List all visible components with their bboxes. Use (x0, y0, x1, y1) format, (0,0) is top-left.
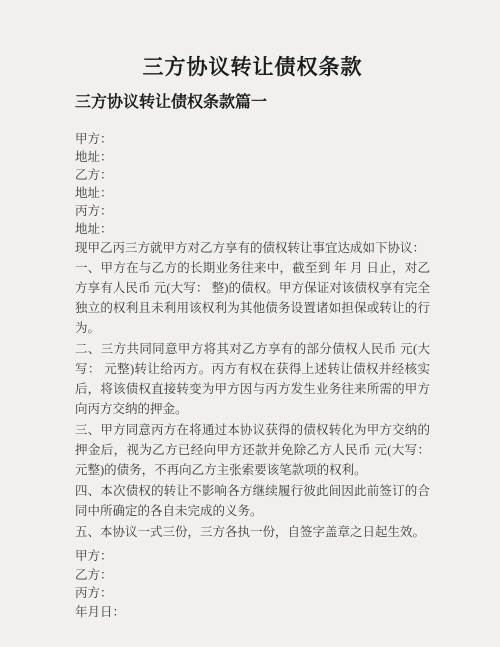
clause-1: 一、甲方在与乙方的长期业务往来中，截至到 年 月 日止，对乙方享有人民币 元(大… (75, 258, 430, 338)
document-page: 三方协议转让债权条款 三方协议转让债权条款篇一 甲方： 地址： 乙方： 地址： … (0, 0, 500, 647)
party-c-address-label: 地址： (75, 220, 430, 238)
clause-4: 四、本次债权的转让不影响各方继续履行彼此间因此前签订的合同中所确定的各自未完成的… (75, 481, 430, 521)
page-title: 三方协议转让债权条款 (75, 54, 430, 80)
party-a-label: 甲方： (75, 130, 430, 148)
clause-5: 五、本协议一式三份，三方各执一份，自签字盖章之日起生效。 (75, 522, 430, 542)
clause-3: 三、甲方同意丙方在将通过本协议获得的债权转化为甲方交纳的押金后，视为乙方已经向甲… (75, 420, 430, 480)
clause-2: 二、三方共同同意甲方将其对乙方享有的部分债权人民币 元(大写： 元整)转让给丙方… (75, 339, 430, 419)
signature-party-b-label: 乙方： (75, 566, 430, 585)
signature-party-a-label: 甲方： (75, 547, 430, 566)
section-heading: 三方协议转让债权条款篇一 (75, 93, 430, 113)
party-b-label: 乙方： (75, 166, 430, 184)
signature-date-label: 年月日： (75, 603, 430, 622)
party-a-address-label: 地址： (75, 148, 430, 166)
intro-line: 现甲乙丙三方就甲方对乙方享有的债权转让事宜达成如下协议： (75, 238, 430, 258)
signature-block: 甲方： 乙方： 丙方： 年月日： (75, 547, 430, 621)
party-info-block: 甲方： 地址： 乙方： 地址： 丙方： 地址： (75, 130, 430, 238)
signature-party-c-label: 丙方： (75, 584, 430, 603)
party-c-label: 丙方： (75, 202, 430, 220)
party-b-address-label: 地址： (75, 184, 430, 202)
